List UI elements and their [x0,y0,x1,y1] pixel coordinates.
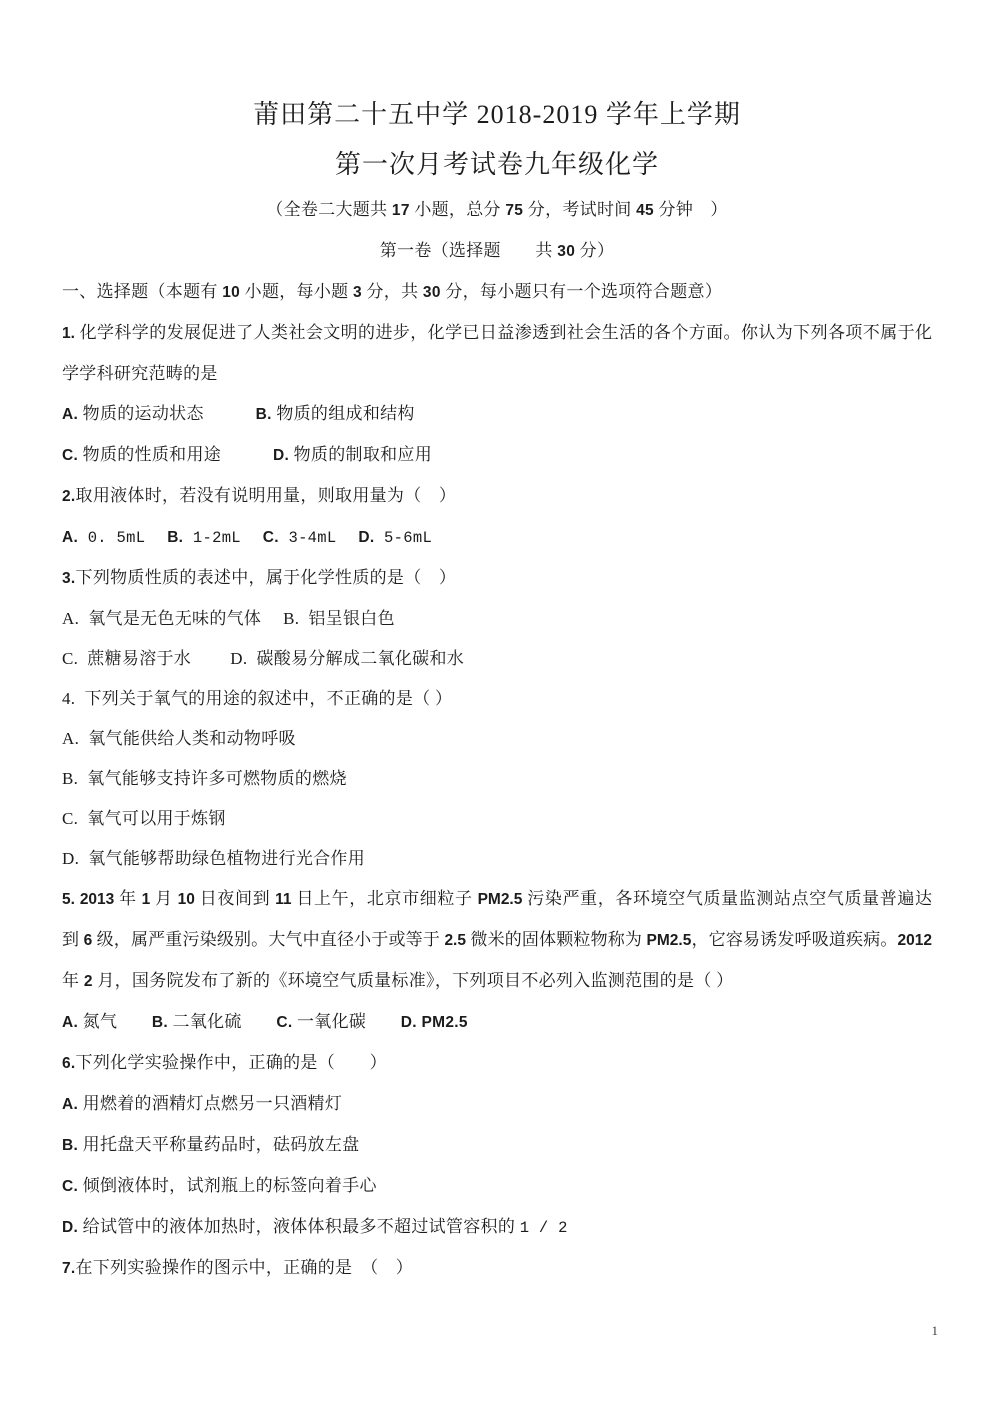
text-segment: ，它容易诱发呼吸道疾病。 [691,930,897,949]
text-segment: 年 [62,971,84,990]
text-segment: 二氧化硫 [168,1012,276,1031]
text-segment: 10 [222,284,240,301]
text-segment: 级，属严重污染级别。大气中直径小于或等于 [92,930,444,949]
text-segment: 11 [275,891,291,908]
text-segment: 莆田第二十五中学 2018-2019 学年上学期 [253,100,741,129]
text-segment: 30 [557,243,575,260]
text-segment: C. 蔗糖易溶于水 D. 碳酸易分解成二氧化碳和水 [62,649,464,668]
question-1-options-ab: A. 物质的运动状态 B. 物质的组成和结构 [62,394,932,435]
text-segment: C. [62,1178,78,1195]
text-segment: 2. [62,488,76,505]
text-segment: 一、选择题（本题有 [62,282,222,301]
part-one-heading: 第一卷（选择题 共 30 分） [62,231,932,272]
text-segment: 物质的性质和用途 [78,445,273,464]
text-segment: 2.5 [444,932,466,949]
question-6-option-d: D. 给试管中的液体加热时，液体体积最多不超过试管容积的 1 / 2 [62,1207,932,1248]
text-segment: A. [62,1096,78,1113]
text-segment [241,527,263,546]
text-segment: D. [401,1014,417,1031]
text-segment: 75 [505,202,523,219]
text-segment: A. [62,406,78,423]
text-segment: 3 [353,284,362,301]
text-segment: 2013 [80,891,114,908]
text-segment: 5. [62,891,75,908]
text-segment: 30 [423,284,441,301]
text-segment: 分，每小题只有一个选项符合题意） [441,282,722,301]
text-segment: 用托盘天平称量药品时，砝码放左盘 [78,1135,359,1154]
question-1-text-line1: 1. 化学科学的发展促进了人类社会文明的进步，化学已日益渗透到社会生活的各个方面… [62,313,932,354]
text-segment: 下列化学实验操作中，正确的是（ ） [76,1053,387,1072]
text-segment: 45 [636,202,654,219]
question-6-option-c: C. 倾倒液体时，试剂瓶上的标签向着手心 [62,1166,932,1207]
text-segment: 日上午，北京市细粒子 [292,889,478,908]
question-7-text: 7.在下列实验操作的图示中，正确的是 （ ） [62,1248,932,1289]
question-4-option-d: D. 氧气能够帮助绿色植物进行光合作用 [62,839,932,879]
text-segment: 6. [62,1055,76,1072]
text-segment: C. [62,447,78,464]
question-5-text-line3: 年 2 月，国务院发布了新的《环境空气质量标准》，下列项目不必列入监测范围的是（… [62,961,932,1002]
text-segment: C. 氧气可以用于炼钢 [62,809,226,828]
text-segment: 倾倒液体时，试剂瓶上的标签向着手心 [78,1176,377,1195]
text-segment: A. [62,529,78,546]
text-segment [145,527,167,546]
text-segment: 日夜间到 [195,889,275,908]
text-segment: 第一次月考试卷九年级化学 [335,150,659,179]
text-segment: B. [256,406,272,423]
question-6-option-a: A. 用燃着的酒精灯点燃另一只酒精灯 [62,1084,932,1125]
text-segment: D. 氧气能够帮助绿色植物进行光合作用 [62,849,365,868]
text-segment: 物质的运动状态 [78,404,256,423]
text-segment: 6 [84,932,93,949]
question-4-text: 4. 下列关于氧气的用途的叙述中，不正确的是（ ） [62,679,932,719]
question-4-option-a: A. 氧气能供给人类和动物呼吸 [62,719,932,759]
text-segment: 月 [150,889,177,908]
text-segment: 分，考试时间 [523,200,636,219]
text-segment: 10 [178,891,195,908]
text-segment: 分） [575,241,614,260]
text-segment: 2 [84,973,93,990]
text-segment: 在下列实验操作的图示中，正确的是 （ ） [76,1258,414,1277]
text-segment: 3. [62,570,76,587]
text-segment: 1-2mL [183,529,241,547]
text-segment: 污染严重，各环境空气质量监测站点空气质量普遍达 [522,889,932,908]
text-segment [336,527,358,546]
question-6-text: 6.下列化学实验操作中，正确的是（ ） [62,1043,932,1084]
text-segment: 给试管中的液体加热时，液体体积最多不超过试管容积的 [78,1217,520,1236]
text-segment: C. [263,529,279,546]
question-5-options: A. 氮气 B. 二氧化硫 C. 一氧化碳 D. PM2.5 [62,1002,932,1043]
text-segment: 4. 下列关于氧气的用途的叙述中，不正确的是（ ） [62,689,452,708]
text-segment: 分钟 ） [654,200,728,219]
question-5-text-line1: 5. 2013 年 1 月 10 日夜间到 11 日上午，北京市细粒子 PM2.… [62,879,932,920]
text-segment: 年 [114,889,141,908]
text-segment: PM2.5 [647,932,692,949]
question-1-text-line2: 学学科研究范畴的是 [62,354,932,394]
text-segment: 用燃着的酒精灯点燃另一只酒精灯 [78,1094,342,1113]
question-2-text: 2.取用液体时，若没有说明用量，则取用量为（ ） [62,476,932,517]
text-segment: PM2.5 [421,1014,467,1031]
exam-paper-page: 莆田第二十五中学 2018-2019 学年上学期第一次月考试卷九年级化学（全卷二… [0,0,992,1403]
text-segment: 月，国务院发布了新的《环境空气质量标准》，下列项目不必列入监测范围的是（ ） [93,971,734,990]
text-segment: 物质的制取和应用 [289,445,432,464]
text-segment: 取用液体时，若没有说明用量，则取用量为（ ） [76,486,457,505]
text-segment: 化学科学的发展促进了人类社会文明的进步，化学已日益渗透到社会生活的各个方面。你认… [75,323,932,342]
text-segment: 氮气 [78,1012,152,1031]
document-body: 莆田第二十五中学 2018-2019 学年上学期第一次月考试卷九年级化学（全卷二… [62,90,932,1289]
text-segment: A. 氧气能供给人类和动物呼吸 [62,729,296,748]
section-one-instruction: 一、选择题（本题有 10 小题，每小题 3 分，共 30 分，每小题只有一个选项… [62,272,932,313]
text-segment: 到 [62,930,84,949]
question-2-options: A. 0. 5mL B. 1-2mL C. 3-4mL D. 5-6mL [62,517,932,558]
text-segment: 下列物质性质的表述中，属于化学性质的是（ ） [76,568,457,587]
text-segment: B. 氧气能够支持许多可燃物质的燃烧 [62,769,347,788]
text-segment: 1 / 2 [520,1219,568,1237]
text-segment: D. [358,529,374,546]
text-segment: 0. 5mL [78,529,145,547]
text-segment: 7. [62,1260,76,1277]
text-segment: D. [62,1219,78,1236]
question-3-text: 3.下列物质性质的表述中，属于化学性质的是（ ） [62,558,932,599]
text-segment: 1. [62,325,75,342]
text-segment: B. [152,1014,168,1031]
text-segment: A. [62,1014,78,1031]
text-segment: B. [62,1137,78,1154]
question-5-text-line2: 到 6 级，属严重污染级别。大气中直径小于或等于 2.5 微米的固体颗粒物称为 … [62,920,932,961]
paper-summary: （全卷二大题共 17 小题，总分 75 分，考试时间 45 分钟 ） [62,190,932,231]
page-number: 1 [932,1322,939,1340]
text-segment: A. 氧气是无色无味的气体 B. 铝呈银白色 [62,609,395,628]
text-segment: 分，共 [362,282,423,301]
text-segment: 第一卷（选择题 共 [380,241,558,260]
text-segment: 一氧化碳 [292,1012,400,1031]
text-segment: 2012 [898,932,932,949]
text-segment: C. [276,1014,292,1031]
question-3-options-cd: C. 蔗糖易溶于水 D. 碳酸易分解成二氧化碳和水 [62,639,932,679]
text-segment: D. [273,447,289,464]
text-segment: B. [167,529,183,546]
question-4-option-b: B. 氧气能够支持许多可燃物质的燃烧 [62,759,932,799]
question-4-option-c: C. 氧气可以用于炼钢 [62,799,932,839]
text-segment: PM2.5 [478,891,523,908]
text-segment: 5-6mL [374,529,432,547]
text-segment: （全卷二大题共 [266,200,392,219]
text-segment: 1 [142,891,151,908]
question-3-options-ab: A. 氧气是无色无味的气体 B. 铝呈银白色 [62,599,932,639]
text-segment: 小题，每小题 [240,282,353,301]
exam-title-line1: 莆田第二十五中学 2018-2019 学年上学期 [62,90,932,140]
text-segment: 小题，总分 [410,200,506,219]
question-1-options-cd: C. 物质的性质和用途 D. 物质的制取和应用 [62,435,932,476]
text-segment: 微米的固体颗粒物称为 [466,930,647,949]
text-segment: 17 [392,202,410,219]
question-6-option-b: B. 用托盘天平称量药品时，砝码放左盘 [62,1125,932,1166]
text-segment: 学学科研究范畴的是 [62,364,218,383]
exam-title-line2: 第一次月考试卷九年级化学 [62,140,932,190]
text-segment: 物质的组成和结构 [272,404,415,423]
text-segment: 3-4mL [279,529,337,547]
